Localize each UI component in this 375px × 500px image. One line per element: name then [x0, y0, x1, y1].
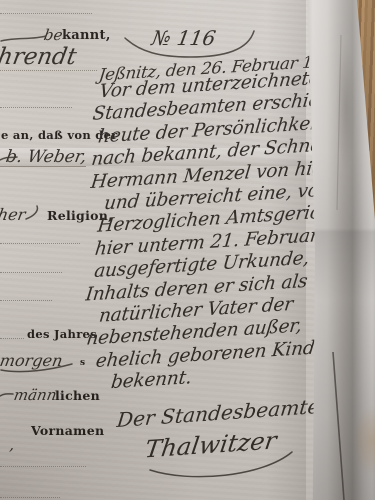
ruled-line [0, 300, 52, 301]
curl-smudge [336, 42, 356, 172]
ruled-line [0, 13, 92, 14]
margin-hand-geschlecht-fragment: männ [12, 386, 58, 404]
ruled-line [0, 272, 62, 273]
margin-hand-be: be [42, 26, 64, 44]
record-number: № 116 [150, 26, 218, 50]
ruled-line [0, 70, 97, 71]
ruled-line [0, 338, 24, 339]
form-label-bekannt: kannt, [62, 28, 111, 43]
ruled-line [0, 497, 60, 498]
ruled-line [0, 466, 86, 467]
document-photo: kannt, e an, daß von der Religion, des J… [0, 0, 375, 500]
form-label-vornamen: Vornamen [31, 423, 104, 438]
margin-hand-time-fragment: morgen [0, 351, 64, 370]
margin-hand-religion-fragment: her [0, 205, 27, 224]
entry-line: bekennt. [110, 367, 193, 393]
margin-hand-name-fragment: hrendt [0, 44, 78, 70]
